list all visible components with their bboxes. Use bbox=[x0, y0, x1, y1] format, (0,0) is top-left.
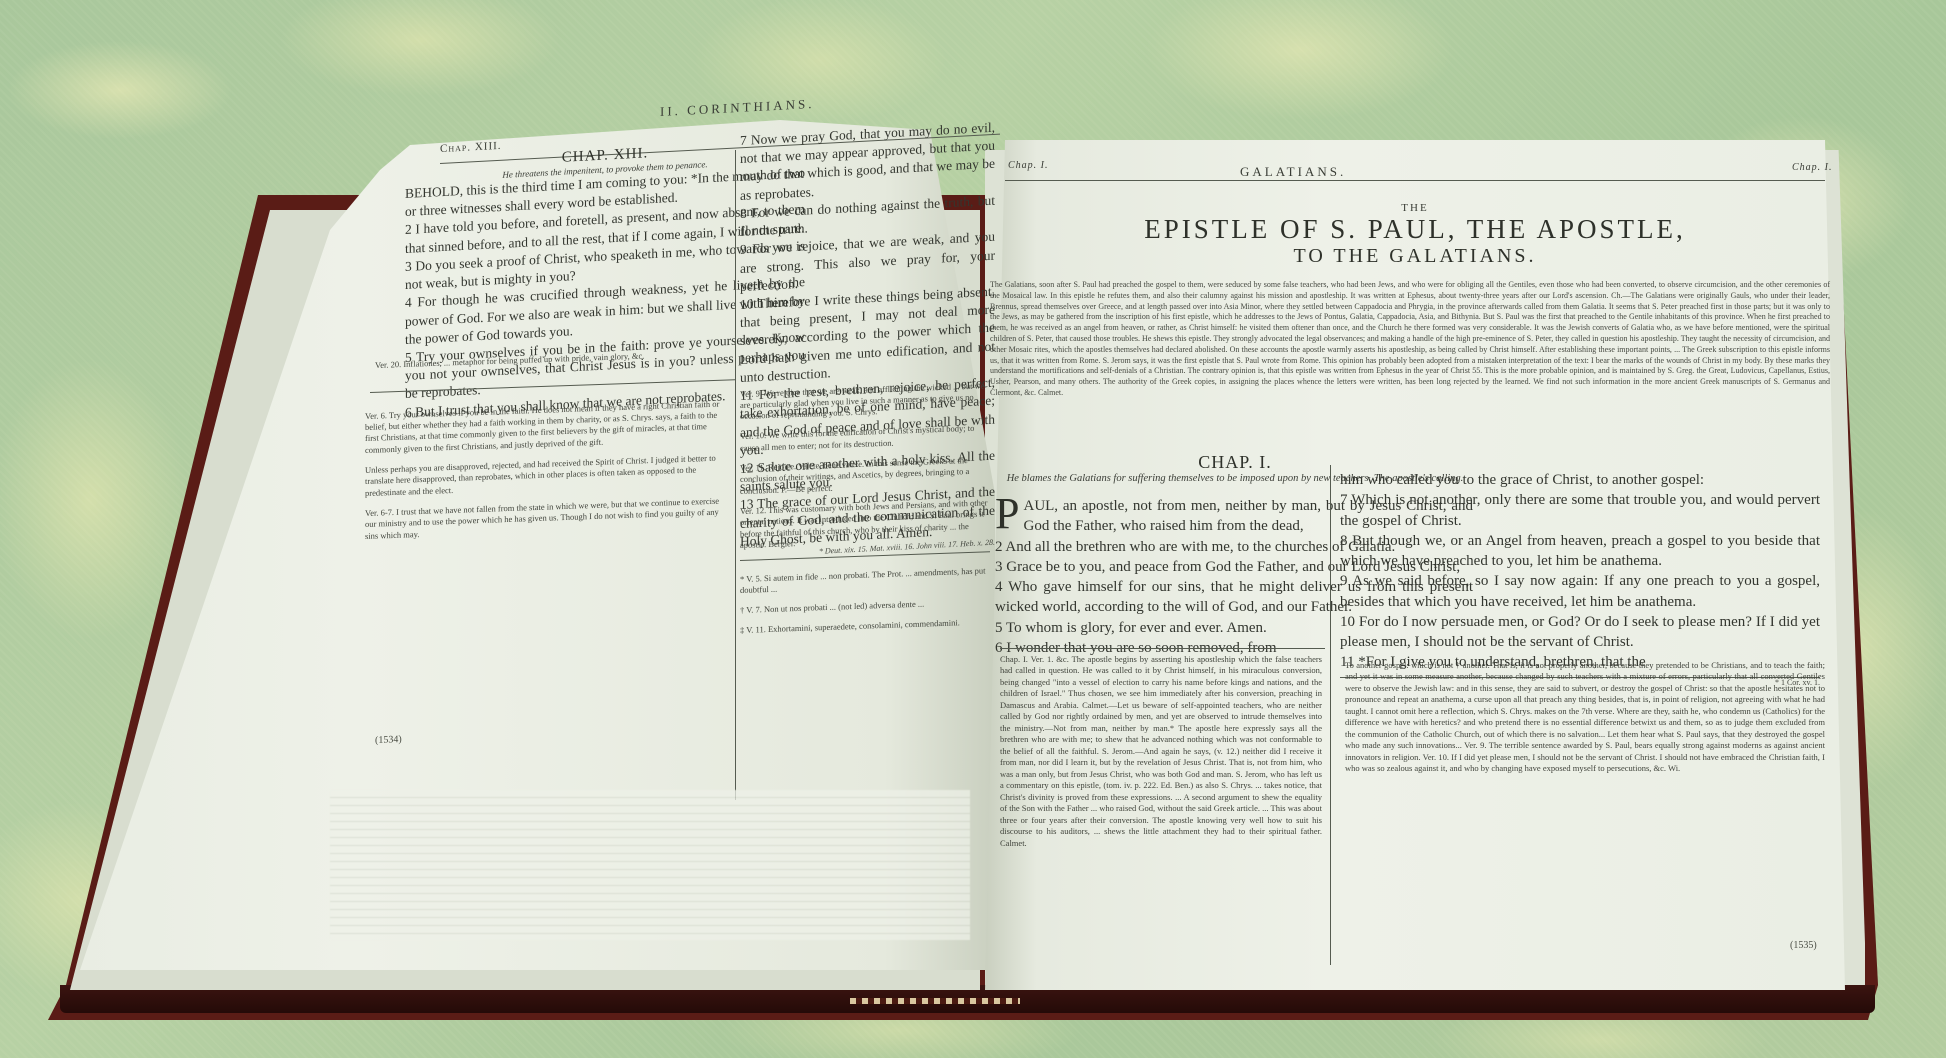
verse: 10 For do I now persuade men, or God? Or… bbox=[1340, 612, 1820, 653]
commentary-paragraph: Ver. 9. We rejoice that we are weak, and… bbox=[740, 380, 990, 423]
left-column-divider bbox=[735, 150, 736, 800]
right-epistle-title: THE EPISTLE OF S. PAUL, THE APOSTLE, TO … bbox=[1005, 202, 1825, 268]
left-bleed-through-text bbox=[330, 790, 970, 940]
commentary-text: To another gospel: which is not † anothe… bbox=[1345, 660, 1825, 775]
verse: 7 Now we pray God, that you may do no ev… bbox=[740, 119, 995, 205]
left-commentary-col1: Ver. 6. Try your ownselves if you be in … bbox=[365, 389, 730, 550]
right-commentary-col1: Chap. I. Ver. 1. &c. The apostle begins … bbox=[1000, 654, 1322, 849]
verse: 9 As we said before, so I say now again:… bbox=[1340, 571, 1820, 612]
commentary-paragraph: Ver. 10. We write this for the edificati… bbox=[740, 423, 990, 455]
commentary-paragraph: Ver. 12. This was customary with both Je… bbox=[740, 497, 990, 552]
drop-cap-p: P bbox=[995, 496, 1019, 532]
title-sub: TO THE GALATIANS. bbox=[1005, 245, 1825, 268]
verse: 7 Which is not another, only there are s… bbox=[1340, 490, 1820, 531]
left-commentary-col2: Ver. 9. We rejoice that we are weak, and… bbox=[740, 371, 990, 645]
verse: him who called you to the grace of Chris… bbox=[1340, 470, 1820, 490]
verse: 8 But though we, or an Angel from heaven… bbox=[1340, 531, 1820, 572]
left-marginal-notes: * V. 5. Si autem in fide ... non probati… bbox=[740, 551, 990, 636]
commentary-paragraph: Unless perhaps you are disapproved, reje… bbox=[365, 452, 730, 499]
right-column-divider bbox=[1330, 465, 1331, 965]
right-header-rule bbox=[1005, 180, 1825, 181]
left-page-number: (1534) bbox=[375, 734, 402, 746]
marginal-note: ‡ V. 11. Exhortamini, superaedete, conso… bbox=[740, 616, 990, 636]
title-main: EPISTLE OF S. PAUL, THE APOSTLE, bbox=[1005, 214, 1825, 245]
marginal-note: † V. 7. Non ut nos probati ... (not led)… bbox=[740, 596, 990, 616]
right-running-head-book: GALATIANS. bbox=[1240, 164, 1346, 180]
right-commentary-col2: To another gospel: which is not † anothe… bbox=[1345, 660, 1825, 775]
introduction-text: The Galatians, soon after S. Paul had pr… bbox=[990, 280, 1830, 399]
right-commentary-rule bbox=[1000, 648, 1325, 649]
right-page-number: (1535) bbox=[1790, 940, 1817, 951]
commentary-paragraph: Ver. 6-7. I trust that we have not falle… bbox=[365, 495, 730, 542]
right-running-head-chapter-right: Chap. I. bbox=[1792, 162, 1833, 173]
commentary-paragraph: Ver. 6. Try your ownselves if you be in … bbox=[365, 398, 730, 457]
commentary-text: Chap. I. Ver. 1. &c. The apostle begins … bbox=[1000, 654, 1322, 849]
right-introduction: The Galatians, soon after S. Paul had pr… bbox=[990, 280, 1830, 399]
book-headband bbox=[850, 998, 1020, 1004]
marginal-note: * V. 5. Si autem in fide ... non probati… bbox=[740, 565, 990, 597]
right-running-head-chapter-left: Chap. I. bbox=[1008, 160, 1049, 171]
commentary-paragraph: Ver. 11. Rejoice. Valete, bene valete. I… bbox=[740, 454, 990, 497]
verse: 10 Therefore I write these things being … bbox=[740, 283, 995, 387]
right-verses-col2: him who called you to the grace of Chris… bbox=[1340, 470, 1820, 688]
title-the: THE bbox=[1005, 202, 1825, 214]
